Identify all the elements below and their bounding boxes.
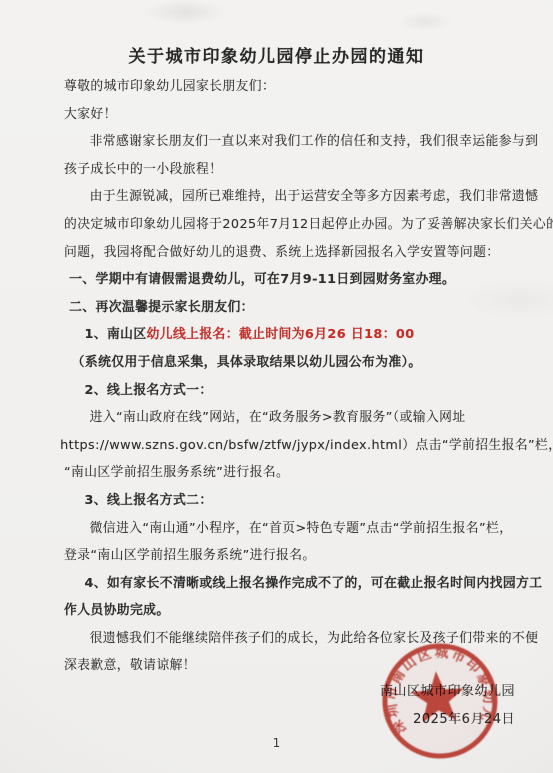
deadline-prefix: 1、南山区 [84, 327, 146, 342]
doc-line-item-4: 4、如有家长不清晰或线上报名操作完成不了的，可在截止报名时间内找园方工 [64, 570, 519, 598]
doc-line-salutation: 尊敬的城市印象幼儿园家长朋友们： [64, 73, 519, 101]
doc-line-item-1: 一、学期中有请假需退费幼儿，可在7月9-11日到园财务室办理。 [64, 266, 519, 294]
doc-line: 登录“南山区学前招生服务系统”进行报名。 [64, 542, 519, 570]
doc-line-greeting: 大家好！ [64, 101, 519, 129]
document-title: 关于城市印象幼儿园停止办园的通知 [0, 42, 553, 67]
doc-line: 非常感谢家长朋友们一直以来对我们工作的信任和支持，我们很幸运能参与到 [64, 128, 519, 156]
doc-line: “南山区学前招生服务系统”进行报名。 [64, 459, 519, 487]
notice-document-page: 关于城市印象幼儿园停止办园的通知 尊敬的城市印象幼儿园家长朋友们： 大家好！ 非… [0, 0, 553, 773]
doc-line: 进入“南山政府在线”网站，在“政务服务>教育服务”（或输入网址 [64, 404, 519, 432]
doc-line-method-2: 3、线上报名方式二： [64, 487, 519, 515]
page-number: 1 [0, 736, 553, 750]
doc-line: 由于生源锐减，园所已难维持，出于运营安全等多方因素考虑，我们非常遗憾 [64, 183, 519, 211]
doc-line-note: （系统仅用于信息采集，具体录取结果以幼儿园公布为准）。 [64, 349, 519, 377]
doc-line: 问题，我园将配合做好幼儿的退费、系统上选择新园报名入学安置等问题： [64, 239, 519, 267]
doc-line: 微信进入“南山通”小程序，在“首页>特色专题”点击“学前招生报名”栏， [64, 515, 519, 543]
doc-line-method-1: 2、线上报名方式一： [64, 377, 519, 405]
document-body: 尊敬的城市印象幼儿园家长朋友们： 大家好！ 非常感谢家长朋友们一直以来对我们工作… [64, 73, 519, 680]
doc-line: 孩子成长中的一小段旅程！ [64, 156, 519, 184]
doc-line-item-2: 二、再次温馨提示家长朋友们： [64, 294, 519, 322]
deadline-highlight: 幼儿线上报名：截止时间为6月26 日18：00 [147, 327, 415, 342]
doc-line: 的决定城市印象幼儿园将于2025年7月12日起停止办园。为了妥善解决家长们关心的 [64, 211, 519, 239]
doc-line-url: https://www.szns.gov.cn/bsfw/ztfw/jypx/i… [64, 432, 519, 460]
doc-line-deadline: 1、南山区幼儿线上报名：截止时间为6月26 日18：00 [64, 321, 519, 349]
doc-line: 作人员协助完成。 [64, 597, 519, 625]
